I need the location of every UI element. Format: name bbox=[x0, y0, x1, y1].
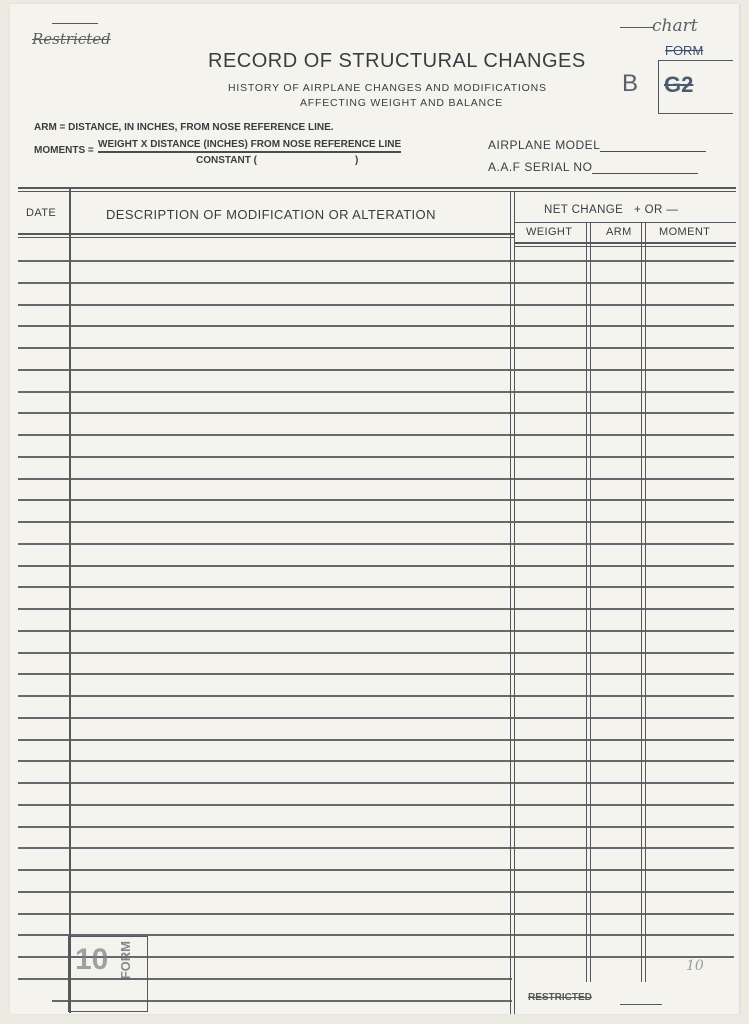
weight-column-divider-2 bbox=[590, 222, 591, 982]
moments-denominator-close: ) bbox=[355, 155, 358, 166]
table-row[interactable] bbox=[18, 304, 734, 306]
table-row[interactable] bbox=[18, 478, 734, 480]
moments-label: MOMENTS = bbox=[34, 145, 94, 156]
document-title: RECORD OF STRUCTURAL CHANGES bbox=[208, 50, 586, 73]
handwritten-restricted-note: Restricted bbox=[32, 30, 111, 48]
table-row[interactable] bbox=[18, 913, 734, 915]
table-row[interactable] bbox=[18, 673, 734, 675]
handwritten-letter-b: B bbox=[622, 70, 638, 98]
table-row[interactable] bbox=[18, 586, 734, 588]
table-row[interactable] bbox=[18, 282, 734, 284]
form-label: FORM bbox=[665, 43, 703, 58]
header-arm: ARM bbox=[606, 226, 632, 238]
header-bottom-rule-2 bbox=[18, 237, 514, 238]
table-row[interactable] bbox=[18, 347, 734, 349]
handwritten-chart-note: chart bbox=[652, 16, 698, 36]
stamp-form-label: FORM bbox=[119, 941, 135, 979]
serial-number-field[interactable]: A.A.F SERIAL NO bbox=[488, 160, 698, 174]
handwritten-bottom-right-note: 10 bbox=[686, 958, 704, 974]
table-row[interactable] bbox=[18, 760, 734, 762]
net-change-rule bbox=[514, 222, 736, 223]
handwritten-dash-bottom bbox=[620, 1004, 662, 1005]
moments-numerator: WEIGHT X DISTANCE (INCHES) FROM NOSE REF… bbox=[98, 139, 401, 153]
table-row[interactable] bbox=[18, 369, 734, 371]
serial-number-label: A.A.F SERIAL NO bbox=[488, 160, 592, 174]
form-stamp: 10 FORM bbox=[68, 936, 148, 1012]
table-row[interactable] bbox=[18, 847, 734, 849]
airplane-model-label: AIRPLANE MODEL bbox=[488, 138, 600, 152]
table-row[interactable] bbox=[18, 260, 734, 262]
airplane-model-input[interactable] bbox=[600, 139, 706, 152]
header-bottom-rule bbox=[18, 233, 514, 235]
table-top-rule bbox=[18, 187, 736, 189]
table-row[interactable] bbox=[18, 543, 734, 545]
handwritten-dash bbox=[620, 27, 654, 28]
table-row[interactable] bbox=[18, 869, 734, 871]
moments-denominator: CONSTANT ( bbox=[196, 155, 257, 166]
restricted-label: RESTRICTED bbox=[528, 992, 592, 1003]
form-page bbox=[10, 4, 740, 1014]
table-row[interactable] bbox=[18, 456, 734, 458]
table-row[interactable] bbox=[18, 652, 734, 654]
header-date: DATE bbox=[26, 207, 56, 219]
subheader-bottom-rule-2 bbox=[514, 246, 736, 247]
table-row[interactable] bbox=[18, 739, 734, 741]
subheader-bottom-rule bbox=[514, 242, 736, 244]
arm-definition: ARM = DISTANCE, IN INCHES, FROM NOSE REF… bbox=[34, 122, 334, 133]
table-row[interactable] bbox=[18, 804, 734, 806]
table-row[interactable] bbox=[18, 434, 734, 436]
header-weight: WEIGHT bbox=[526, 226, 572, 238]
table-row[interactable] bbox=[18, 412, 734, 414]
date-column-divider bbox=[69, 187, 71, 1013]
weight-column-divider bbox=[586, 222, 587, 982]
table-row[interactable] bbox=[18, 695, 734, 697]
header-description: DESCRIPTION OF MODIFICATION OR ALTERATIO… bbox=[106, 207, 436, 222]
table-row[interactable] bbox=[18, 325, 734, 327]
table-row[interactable] bbox=[18, 891, 734, 893]
header-moment: MOMENT bbox=[659, 226, 710, 238]
stamp-scribble: 10 bbox=[75, 943, 108, 977]
table-row[interactable] bbox=[18, 630, 734, 632]
table-row[interactable] bbox=[18, 608, 734, 610]
table-row[interactable] bbox=[18, 391, 734, 393]
table-row[interactable] bbox=[18, 782, 734, 784]
table-row[interactable] bbox=[18, 499, 734, 501]
arm-column-divider-2 bbox=[645, 222, 646, 982]
document-subtitle-1: HISTORY OF AIRPLANE CHANGES AND MODIFICA… bbox=[228, 82, 547, 94]
form-number: G2 bbox=[664, 72, 693, 98]
table-row[interactable] bbox=[18, 826, 734, 828]
table-row[interactable] bbox=[18, 521, 734, 523]
table-top-rule-2 bbox=[18, 191, 736, 192]
table-row[interactable] bbox=[18, 717, 734, 719]
handwritten-strike bbox=[52, 23, 98, 24]
table-row[interactable] bbox=[18, 565, 734, 567]
airplane-model-field[interactable]: AIRPLANE MODEL bbox=[488, 138, 706, 152]
arm-column-divider bbox=[641, 222, 642, 982]
document-subtitle-2: AFFECTING WEIGHT AND BALANCE bbox=[300, 97, 503, 109]
serial-number-input[interactable] bbox=[592, 161, 698, 174]
header-net-change: NET CHANGE + OR — bbox=[544, 204, 678, 216]
